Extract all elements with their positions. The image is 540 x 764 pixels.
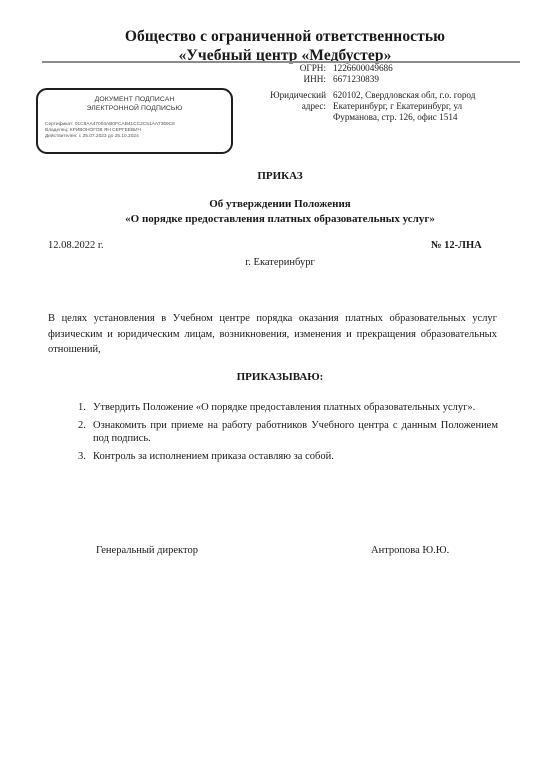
ogrn-value: 1226600049686 — [333, 63, 518, 74]
document-subject-line2: «О порядке предоставления платных образо… — [20, 212, 540, 227]
stamp-title-line1: ДОКУМЕНТ ПОДПИСАН — [38, 96, 231, 105]
inn-value: 6671230839 — [333, 74, 518, 85]
organization-name-line1: Общество с ограниченной ответственностью — [30, 27, 540, 46]
order-items-list: 1. Утвердить Положение «О порядке предос… — [78, 401, 498, 467]
order-item-text: Контроль за исполнением приказа оставляю… — [93, 450, 498, 464]
order-item: 1. Утвердить Положение «О порядке предос… — [78, 401, 498, 415]
order-item-text: Утвердить Положение «О порядке предостав… — [93, 401, 498, 415]
stamp-details: Сертификат: 01C8AA47004AB0FCAB41CC2C51AA… — [45, 122, 175, 139]
document-page: Общество с ограниченной ответственностью… — [0, 0, 540, 764]
document-number: № 12-ЛНА — [431, 240, 482, 251]
organization-requisites: ОГРН: 1226600049686 ИНН: 6671230839 Юрид… — [262, 63, 518, 123]
inn-label: ИНН: — [262, 74, 333, 85]
order-heading: ПРИКАЗЫВАЮ: — [0, 371, 540, 383]
document-type: ПРИКАЗ — [0, 170, 540, 183]
stamp-title-line2: ЭЛЕКТРОННОЙ ПОДПИСЬЮ — [38, 105, 231, 114]
address-row: Юридический адрес: 620102, Свердловская … — [262, 90, 518, 123]
order-item-number: 3. — [78, 450, 93, 464]
document-city: г. Екатеринбург — [0, 257, 540, 268]
order-item-text: Ознакомить при приеме на работу работник… — [93, 419, 498, 446]
stamp-certificate: Сертификат: 01C8AA47004AB0FCAB41CC2C51AA… — [45, 122, 175, 128]
stamp-validity: Действителен: с 25.07.2023 до 25.10.2024 — [45, 134, 175, 140]
order-item-number: 1. — [78, 401, 93, 415]
order-item: 3. Контроль за исполнением приказа остав… — [78, 450, 498, 464]
address-line1: 620102, Свердловская обл, г.о. город — [333, 90, 475, 100]
electronic-signature-stamp: ДОКУМЕНТ ПОДПИСАН ЭЛЕКТРОННОЙ ПОДПИСЬЮ С… — [36, 88, 233, 154]
address-label: Юридический адрес: — [262, 90, 333, 123]
address-label-line2: адрес: — [302, 101, 326, 111]
address-line3: Фурманова, стр. 126, офис 1514 — [333, 112, 458, 122]
document-subject-line1: Об утверждении Положения — [20, 197, 540, 212]
address-label-line1: Юридический — [270, 90, 326, 100]
order-item: 2. Ознакомить при приеме на работу работ… — [78, 419, 498, 446]
signatory-name: Антропова Ю.Ю. — [371, 545, 449, 556]
address-line2: Екатеринбург, г Екатеринбург, ул — [333, 101, 462, 111]
organization-name: Общество с ограниченной ответственностью… — [0, 27, 540, 65]
ogrn-row: ОГРН: 1226600049686 — [262, 63, 518, 74]
signatory-position: Генеральный директор — [96, 545, 198, 556]
ogrn-label: ОГРН: — [262, 63, 333, 74]
inn-row: ИНН: 6671230839 — [262, 74, 518, 85]
stamp-title: ДОКУМЕНТ ПОДПИСАН ЭЛЕКТРОННОЙ ПОДПИСЬЮ — [38, 96, 231, 113]
document-preamble: В целях установления в Учебном центре по… — [48, 311, 497, 358]
order-item-number: 2. — [78, 419, 93, 446]
address-value: 620102, Свердловская обл, г.о. город Ека… — [333, 90, 518, 123]
document-subject: Об утверждении Положения «О порядке пред… — [0, 197, 540, 227]
document-date: 12.08.2022 г. — [48, 240, 104, 251]
